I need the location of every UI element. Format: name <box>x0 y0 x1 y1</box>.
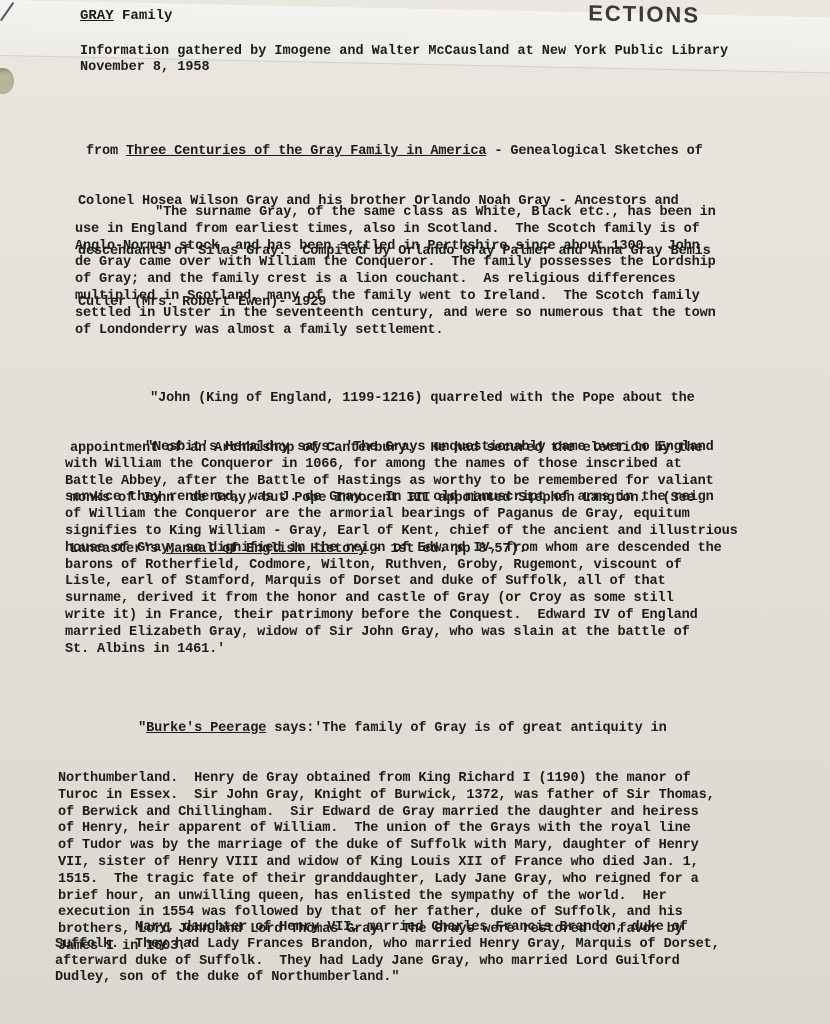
burke-line: brief hour, an unwilling queen, has enli… <box>58 889 715 906</box>
mary-line: Mary, daughter of Henry VII, married Cha… <box>55 920 720 937</box>
source-prefix: from <box>78 144 126 159</box>
source-line1-rest: - Genealogical Sketches of <box>486 144 702 159</box>
nesbit-line: St. Albins in 1461.' <box>65 642 738 659</box>
nesbit-line: Battle Abbey, after the Battle of Hastin… <box>65 474 738 491</box>
surname-line: of Londonderry was almost a family settl… <box>75 323 716 340</box>
burke-first-rest: says:'The family of Gray is of great ant… <box>266 721 666 736</box>
surname: GRAY <box>80 8 114 24</box>
surname-line: use in England from earliest times, also… <box>75 222 716 239</box>
nesbit-line: Lisle, earl of Stamford, Marquis of Dors… <box>65 574 738 591</box>
burke-title: Burke's Peerage <box>146 721 266 736</box>
nesbit-line: "Nesbit's Heraldry says: 'The Grays unqu… <box>65 440 738 457</box>
mary-line: Suffolk. They had Lady Frances Brandon, … <box>55 937 720 954</box>
nesbit-line: house of Gray, so dignified in the reign… <box>65 541 738 558</box>
burke-prefix: " <box>58 721 146 736</box>
mary-line: Dudley, son of the duke of Northumberlan… <box>55 970 720 987</box>
nesbit-line: with William the Conqueror in 1066, for … <box>65 457 738 474</box>
burke-line: Northumberland. Henry de Gray obtained f… <box>58 771 715 788</box>
binder-hole <box>0 68 14 94</box>
burke-line: 1515. The tragic fate of their granddaug… <box>58 872 715 889</box>
nesbit-paragraph: "Nesbit's Heraldry says: 'The Grays unqu… <box>65 440 738 658</box>
info-line: Information gathered by Imogene and Walt… <box>80 44 728 60</box>
burke-line: VII, sister of Henry VIII and widow of K… <box>58 855 715 872</box>
info-date: November 8, 1958 <box>80 60 728 76</box>
burke-line: of Tudor was by the marriage of the duke… <box>58 838 715 855</box>
surname-line: de Gray came over with William the Conqu… <box>75 255 716 272</box>
nesbit-line: barons of Rotherfield, Codmore, Wilton, … <box>65 558 738 575</box>
burke-line: of Henry, heir apparent of William. The … <box>58 821 715 838</box>
surname-line: multiplied in Scotland, many of the fami… <box>75 289 716 306</box>
john-line: "John (King of England, 1199-1216) quarr… <box>70 391 703 408</box>
info-block: Information gathered by Imogene and Walt… <box>80 44 728 76</box>
title-rest: Family <box>114 8 173 24</box>
mary-paragraph: Mary, daughter of Henry VII, married Cha… <box>55 920 720 987</box>
nesbit-line: married Elizabeth Gray, widow of Sir Joh… <box>65 625 738 642</box>
burke-line: of Berwick and Chillingham. Sir Edward d… <box>58 805 715 822</box>
mary-line: afterward duke of Suffolk. They had Lady… <box>55 954 720 971</box>
book-title: Three Centuries of the Gray Family in Am… <box>126 144 486 159</box>
overlapping-sheet-heading: ECTIONS <box>588 0 700 28</box>
nesbit-line: of William the Conqueror are the armoria… <box>65 507 738 524</box>
surname-paragraph: "The surname Gray, of the same class as … <box>75 205 716 339</box>
nesbit-line: write it) in France, their patrimony bef… <box>65 608 738 625</box>
nesbit-line: surname, derived it from the honor and c… <box>65 591 738 608</box>
surname-line: of Gray; and the family crest is a lion … <box>75 272 716 289</box>
page-title: GRAY Family <box>80 8 172 24</box>
surname-line: Anglo-Norman stock, and has been settled… <box>75 239 716 256</box>
burke-line: Turoc in Essex. Sir John Gray, Knight of… <box>58 788 715 805</box>
surname-line: settled in Ulster in the seventeenth cen… <box>75 306 716 323</box>
nesbit-line: service they rendered, was J. de Gray. I… <box>65 490 738 507</box>
surname-line: "The surname Gray, of the same class as … <box>75 205 716 222</box>
nesbit-line: signifies to King William - Gray, Earl o… <box>65 524 738 541</box>
